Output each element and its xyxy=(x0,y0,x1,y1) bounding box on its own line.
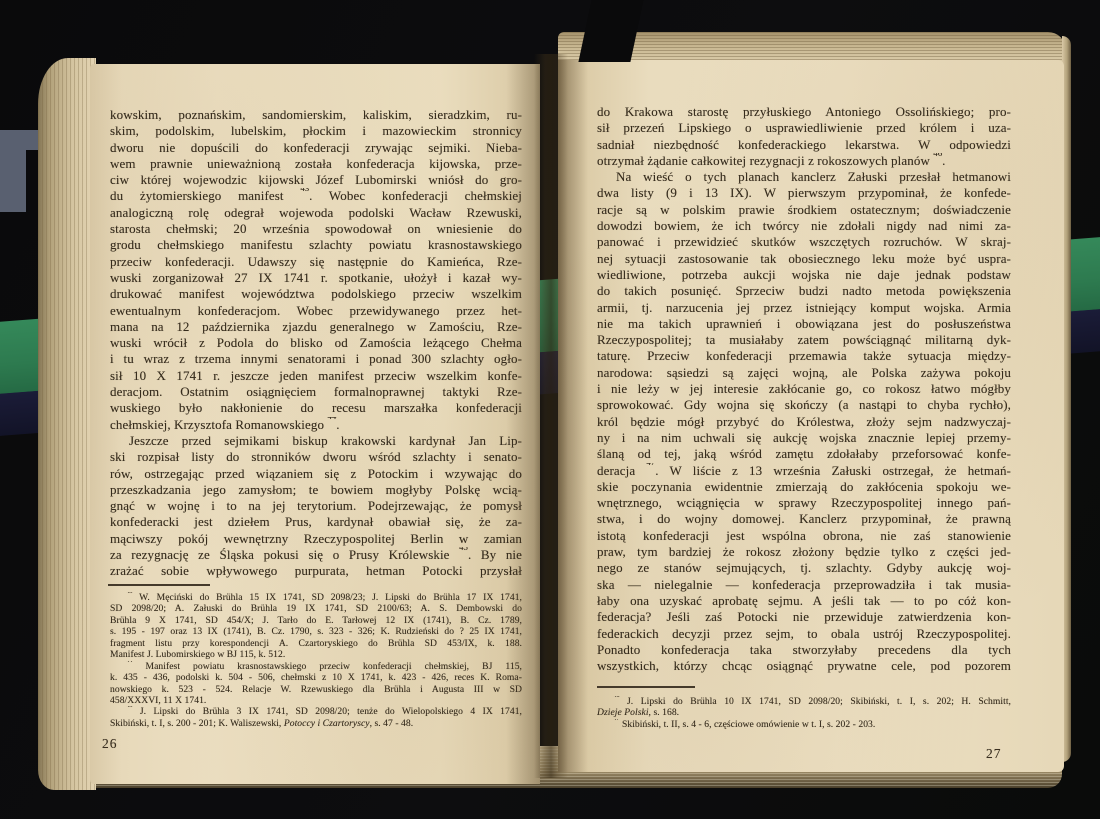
text-line: wszystkich, którzy chcąc osiągnąć prywat… xyxy=(597,658,1011,674)
text-line: wem prawnie unieważnioną została konfede… xyxy=(110,156,522,172)
text-line: zrażać sobie wpływowego purpurata, hetma… xyxy=(110,563,522,579)
text-line: drukować manifest województwa podolskieg… xyxy=(110,286,522,302)
text-line: przeszkadzania jego zamysłom; te bowiem … xyxy=(110,482,522,498)
footnote-line: 44 Manifest powiatu krasnostawskiego prz… xyxy=(110,661,522,672)
text-line: sadniał niezbędność konfederackiego leka… xyxy=(597,137,1011,153)
text-line: stwa, i do wojny domowej. Kanclerz przyp… xyxy=(597,511,1011,527)
text-line: Ponadto konfederacja taka stworzyłaby pr… xyxy=(597,642,1011,658)
text-line: przeciw konfederacji. Udawszy się następ… xyxy=(110,254,522,270)
text-line: skim, podolskim, lubelskim, płockim i ma… xyxy=(110,123,522,139)
text-line: ewentualnym konfederacjom. Wobec przewid… xyxy=(110,303,522,319)
text-line: ślaną od tej, jaką wśród zamętu zdołałab… xyxy=(597,446,1011,462)
text-line: i nie leży w jej interesie zakłócanie go… xyxy=(597,381,1011,397)
footnote-line: 43 W. Męciński do Brühla 15 IX 1741, SD … xyxy=(110,592,522,603)
text-line: wuski zorganizował 27 IX 1741 r. spotkan… xyxy=(110,270,522,286)
footnote-line: Skibiński, t. I, s. 200 - 201; K. Walisz… xyxy=(110,718,522,729)
footnote-line: nowskiego k. 523 - 524. Relacje W. Rzewu… xyxy=(110,684,522,695)
text-line: nego ze stanów sejmujących, tj. szlachty… xyxy=(597,560,1011,576)
text-line: chełmskiej, Krzysztofa Romanowskiego 44. xyxy=(110,417,522,433)
footnote-line: Manifest J. Lubomirskiego w BJ 115, k. 5… xyxy=(110,649,522,660)
right-page-body-text: do Krakowa starostę przyłuskiego Antonie… xyxy=(597,104,1011,674)
text-line: dwa listy (9 i 13 IX). W pierwszym przyp… xyxy=(597,185,1011,201)
left-page: kowskim, poznańskim, sandomierskim, kali… xyxy=(90,64,540,784)
text-line: kowskim, poznańskim, sandomierskim, kali… xyxy=(110,107,522,123)
text-line: wuski wrócił z Podola do blisko od Zamoś… xyxy=(110,335,522,351)
text-line: starosta chełmski; 20 września spowodowa… xyxy=(110,221,522,237)
text-line: do Krakowa starostę przyłuskiego Antonie… xyxy=(597,104,1011,120)
text-line: wuskiego było nakłonienie do recesu mars… xyxy=(110,400,522,416)
footnote-separator xyxy=(108,584,210,586)
text-line: i tu wraz z trzema innymi senatorami i p… xyxy=(110,351,522,367)
text-line: racje są w polskim prawie środkiem ostat… xyxy=(597,202,1011,218)
text-line: ciw której wojewodzic kijowski Józef Lub… xyxy=(110,172,522,188)
footnote-line: k. 435 - 436, podolski k. 504 - 506, che… xyxy=(110,672,522,683)
text-line: nie ma takich uprawnień i obowiązana jes… xyxy=(597,316,1011,332)
text-line: otrzymał żądanie całkowitej rezygnacji z… xyxy=(597,153,1011,169)
text-line: sprowokować. Gdy wojna się skończy (a na… xyxy=(597,397,1011,413)
text-line: panować i przewidzieć skutków wszczętych… xyxy=(597,234,1011,250)
text-line: król będzie mógł przybyć do Królestwa, z… xyxy=(597,414,1011,430)
footnote-line: Brühla 9 X 1741, SD 454/X; J. Tarło do E… xyxy=(110,615,522,626)
right-page-footnotes: 46 J. Lipski do Brühla 10 IX 1741, SD 20… xyxy=(597,696,1011,730)
footnote-line: SD 2098/20; A. Załuski do Brühla 19 IX 1… xyxy=(110,603,522,614)
text-line: sił przezeń Lipskiego o usprawiedliwieni… xyxy=(597,120,1011,136)
text-line: federacja? Jeśli zaś Potocki nie przewid… xyxy=(597,609,1011,625)
text-line: Jeszcze przed sejmikami biskup krakowski… xyxy=(110,433,522,449)
text-line: grodu chełmskiego manifestu szlachty pow… xyxy=(110,237,522,253)
footnote-line: 46 J. Lipski do Brühla 10 IX 1741, SD 20… xyxy=(597,696,1011,707)
text-line: armii, tj. narzucenia jej przez istnieją… xyxy=(597,300,1011,316)
text-line: sił 10 X 1741 r. jeszcze jeden manifest … xyxy=(110,368,522,384)
text-line: łaby ona uzyskać aprobatę sejmu. A jeśli… xyxy=(597,593,1011,609)
text-line: wnętrznego, wciągnięcia w sprawy Rzeczyp… xyxy=(597,495,1011,511)
left-page-body-text: kowskim, poznańskim, sandomierskim, kali… xyxy=(110,107,522,580)
text-line: rów, ostrzegając przed wiązaniem się z P… xyxy=(110,466,522,482)
text-line: konfederacki jest dziełem Prus, kardynał… xyxy=(110,514,522,530)
footnote-line: fragment listu przy korespondencji A. Cz… xyxy=(110,638,522,649)
text-line: gnąć w wojnę i to na jej terytorium. Pod… xyxy=(110,498,522,514)
text-line: wiedliwione, potrzeba aukcji wojska nie … xyxy=(597,267,1011,283)
footnote-line: s. 195 - 197 oraz 13 IX (1741), B. Cz. 1… xyxy=(110,626,522,637)
text-line: za rezygnację ze Śląska pokusi się o Pru… xyxy=(110,547,522,563)
text-line: istotą konfederacji jest wspólna obrona,… xyxy=(597,528,1011,544)
text-line: narodowa: sąsiedzi są zajęci wojną, ale … xyxy=(597,365,1011,381)
footnote-line: 458/XXXVI, 11 X 1741. xyxy=(110,695,522,706)
text-line: praw, tym bardziej że rokosz złożony będ… xyxy=(597,544,1011,560)
left-page-footnotes: 43 W. Męciński do Brühla 15 IX 1741, SD … xyxy=(110,592,522,729)
footnote-line: Dzieje Polski, s. 168. xyxy=(597,707,1011,718)
text-line: mąciwszy pokój wewnętrzny Rzeczypospolit… xyxy=(110,531,522,547)
footnote-line: 45 J. Lipski do Brühla 3 IX 1741, SD 209… xyxy=(110,706,522,717)
text-line: Na wieść o tych planach kanclerz Załuski… xyxy=(597,169,1011,185)
text-line: du żytomierskiego manifest 43. Wobec kon… xyxy=(110,188,522,204)
page-number-left: 26 xyxy=(102,736,118,752)
footnote-line: 47 Skibiński, t. II, s. 4 - 6, częściowe… xyxy=(597,719,1011,730)
text-line: federackich decyzji przez sejm, to obala… xyxy=(597,626,1011,642)
text-line: ski rozpisał listy do stronników dworu w… xyxy=(110,449,522,465)
text-line: analogiczną rolę odegrał wojewoda podols… xyxy=(110,205,522,221)
text-line: ny i na nim uchwali się aukcję wojska zn… xyxy=(597,430,1011,446)
text-line: do takich posunięć. Sprzeciw budzi nadto… xyxy=(597,283,1011,299)
photo-background: kowskim, poznańskim, sandomierskim, kali… xyxy=(0,0,1100,819)
page-number-right: 27 xyxy=(986,746,1002,762)
text-line: dowodzi bowiem, że ich twórcy nie zdołal… xyxy=(597,218,1011,234)
text-line: taturę. Przeciw konfederacji przemawia t… xyxy=(597,348,1011,364)
text-line: mana na 12 października zjazdu generalne… xyxy=(110,319,522,335)
footnote-separator xyxy=(597,686,695,688)
text-line: skie poczynania ewidentnie zmierzają do … xyxy=(597,479,1011,495)
text-line: dworu nie dopuścili do konfederacji zryw… xyxy=(110,140,522,156)
left-page-edge-stack xyxy=(38,58,96,790)
right-page: do Krakowa starostę przyłuskiego Antonie… xyxy=(558,60,1064,772)
text-line: ska — nielegalnie — konfederacja przepro… xyxy=(597,577,1011,593)
text-line: deracjom. Ostatnim osiągnięciem formalno… xyxy=(110,384,522,400)
text-line: deracja 47. W liście z 13 września Załus… xyxy=(597,463,1011,479)
open-book: kowskim, poznańskim, sandomierskim, kali… xyxy=(38,28,1072,792)
text-line: Rzeczypospolitej; ta musiałaby zatem pow… xyxy=(597,332,1011,348)
text-line: nej sytuacji zastosowanie tak obosieczne… xyxy=(597,251,1011,267)
